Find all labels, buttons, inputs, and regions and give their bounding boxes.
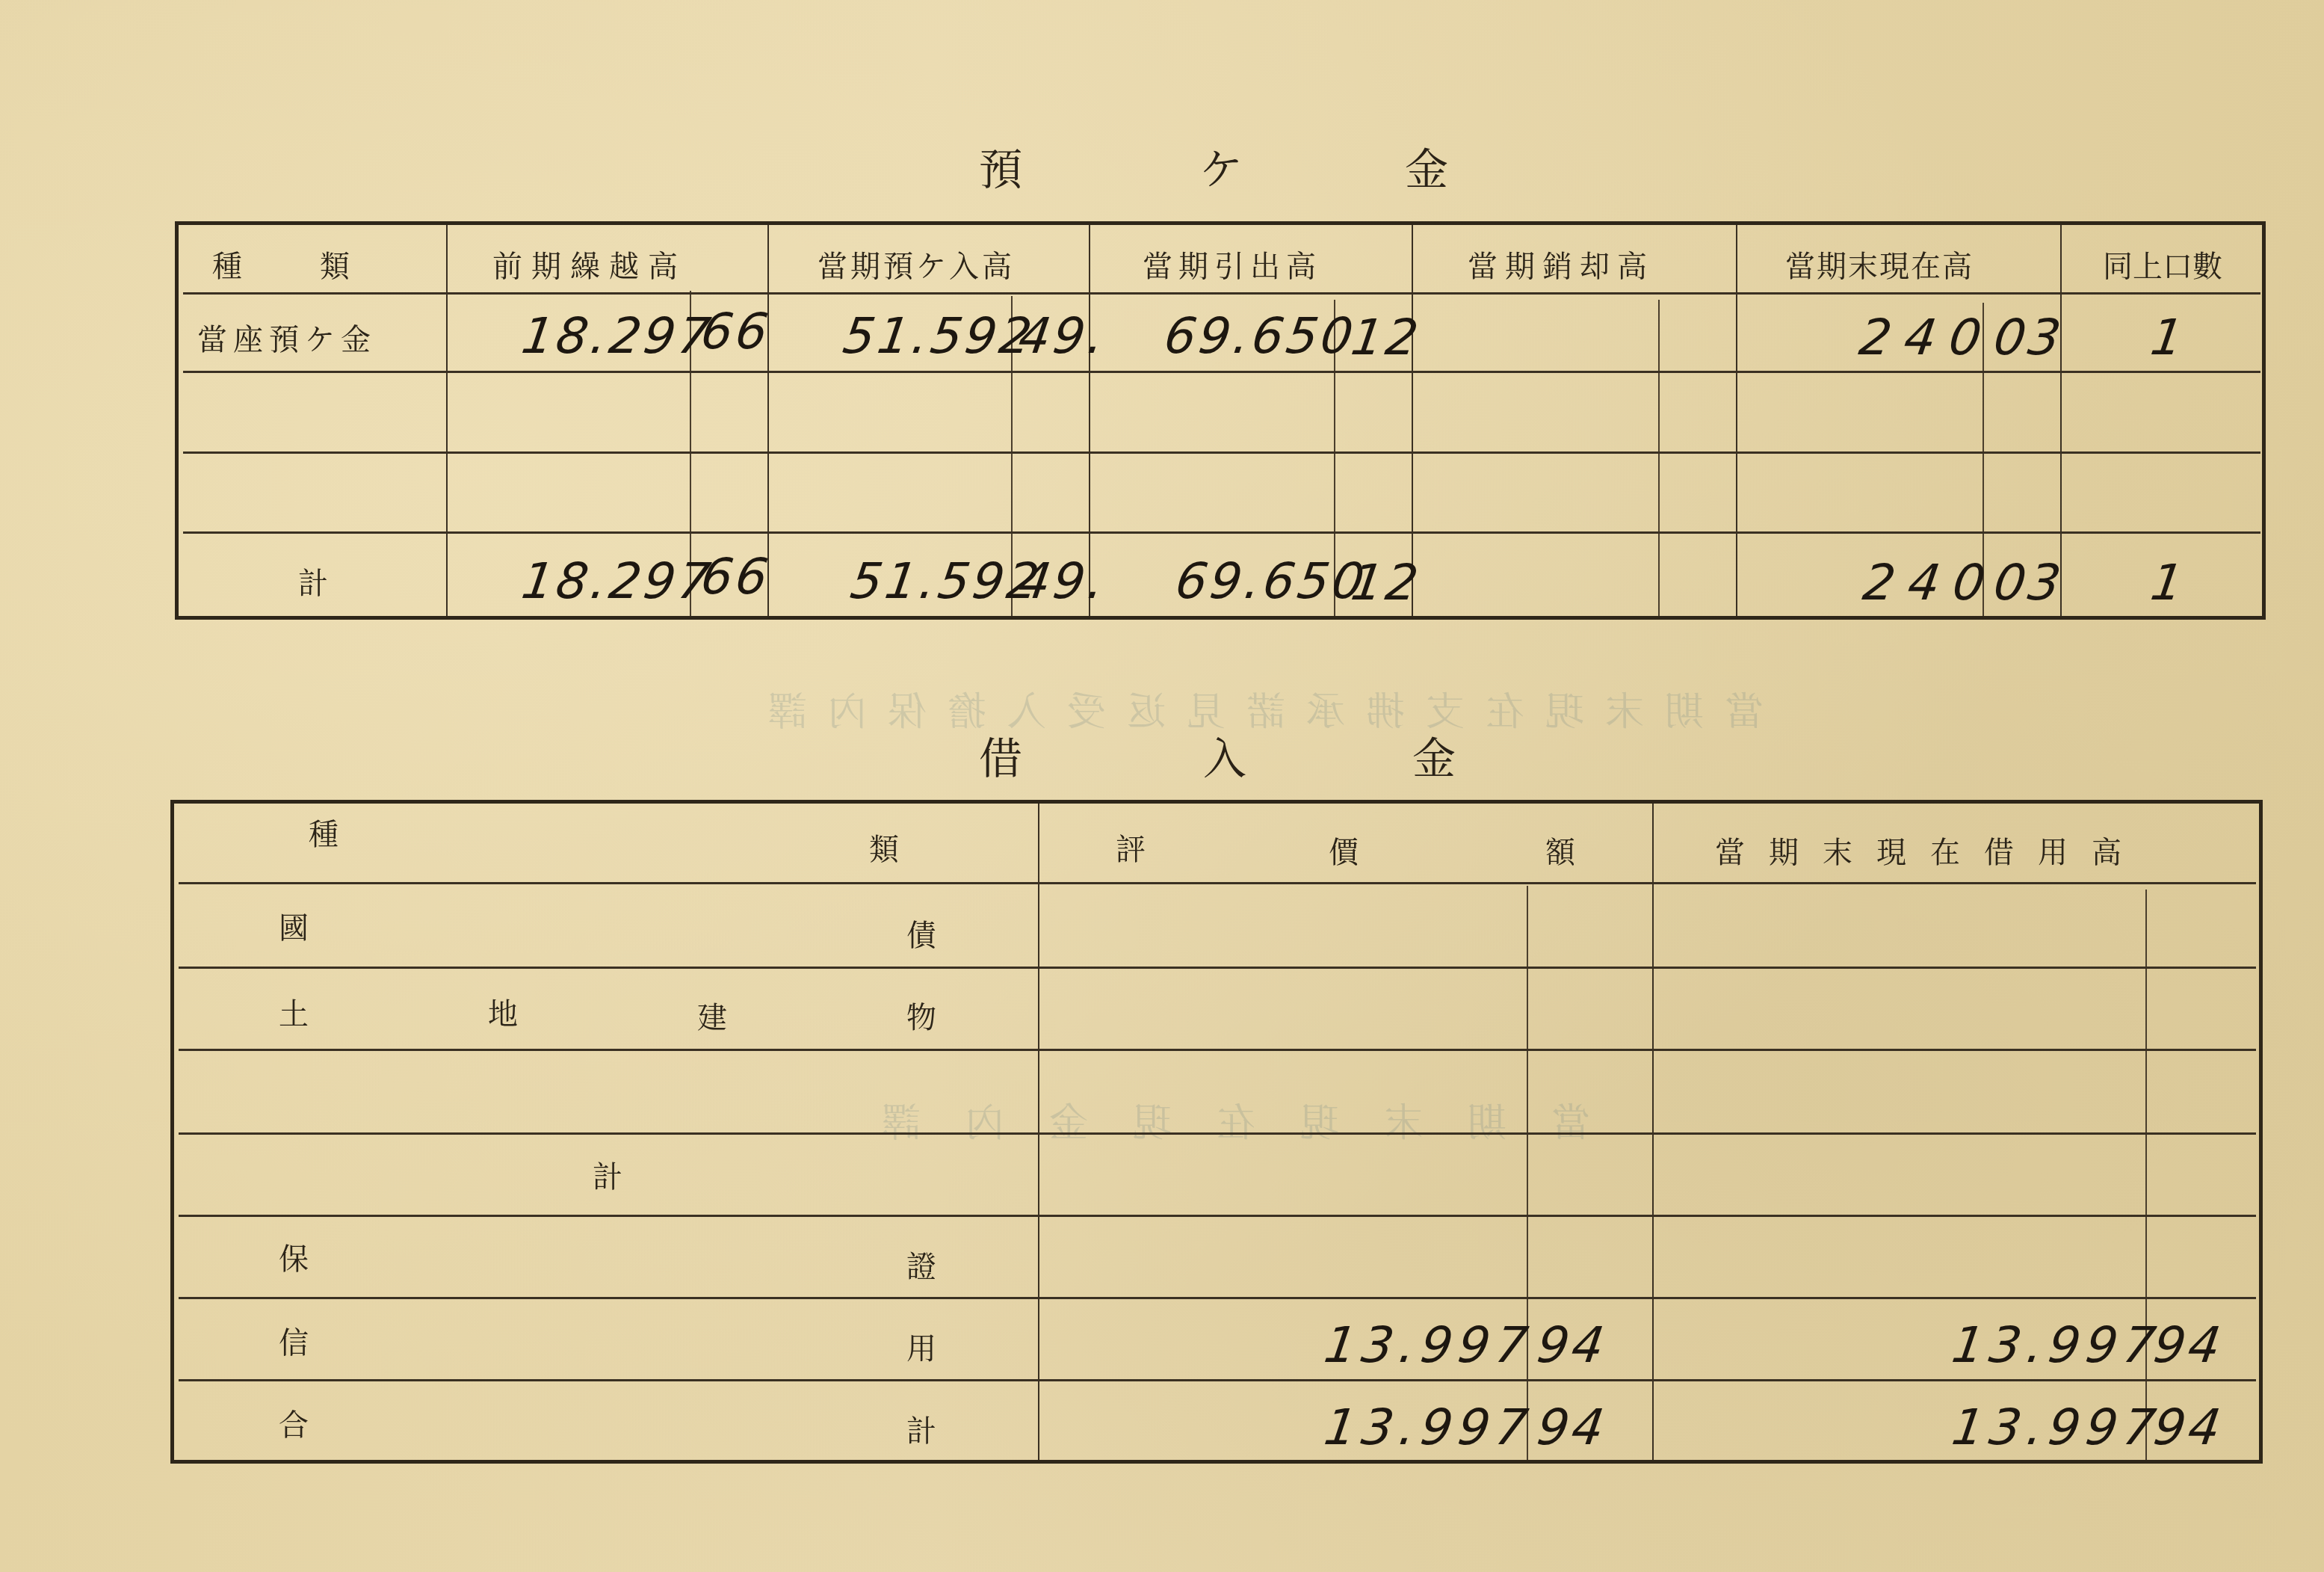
header-valuation-1: 評 [1116,826,1146,869]
withdrawn-yen: 69.650 [1161,307,1360,365]
row-land-building-char-4: 物 [906,994,936,1037]
total-valuation-sen: 94 [1534,1399,1611,1456]
header-kind-left: 種 [309,811,339,854]
total-period-end-yen: 240 [1860,554,2003,611]
header-deposited: 當期預ケ入高 [818,243,1015,286]
withdrawn-sen: 12 [1348,309,1425,366]
header-balance: 當期末現在借用高 [1715,829,2145,872]
header-written-off: 當期銷却高 [1468,243,1654,286]
total-period-end-sen: 03 [1991,554,2068,611]
deposits-table: 種 類 前期繰越高 當期預ケ入高 當期引出高 當期銷却高 當期末現在高 同上口數… [175,221,2266,620]
bleed-through-text-1: 當期末現在支拂承諾見返受入擔保內譯 [747,680,1764,736]
prev-balance-yen: 18.297 [519,307,717,365]
header-period-end-balance: 當期末現在高 [1785,243,1974,286]
accounts-count: 1 [2148,309,2190,366]
deposited-sen: 49. [1016,307,1111,365]
credit-valuation-sen: 94 [1534,1316,1611,1374]
header-valuation-3: 額 [1545,829,1575,872]
row-government-bond-char-1: 國 [279,904,309,947]
total-accounts-count: 1 [2148,554,2190,611]
borrowings-table: 種 類 評 價 額 當期末現在借用高 國 債 土 地 建 物 計 保 證 信 用… [170,800,2263,1464]
borrowings-title-char-1: 借 [979,724,1022,786]
borrowings-title-char-3: 金 [1412,724,1456,786]
period-end-sen: 03 [1991,309,2068,366]
row-government-bond-char-2: 債 [906,912,936,955]
header-valuation-2: 價 [1329,829,1359,872]
header-prev-balance: 前期繰越高 [492,243,687,286]
total-balance-sen: 94 [2151,1399,2228,1456]
prev-balance-sen: 66 [698,303,775,360]
credit-valuation-yen: 13.997 [1321,1316,1538,1374]
row-subtotal-label: 計 [593,1153,622,1196]
row-grand-total-char-2: 計 [906,1408,936,1450]
row-land-building-char-3: 建 [697,994,727,1037]
credit-balance-yen: 13.997 [1949,1316,2166,1374]
row-credit-char-1: 信 [279,1319,309,1362]
header-accounts: 同上口數 [2103,243,2222,286]
total-balance-yen: 13.997 [1949,1399,2166,1456]
row-kind: 當座預ケ金 [197,316,377,359]
deposits-title-char-3: 金 [1405,135,1448,197]
row-grand-total-char-1: 合 [279,1402,309,1444]
total-valuation-yen: 13.997 [1321,1399,1538,1456]
credit-balance-sen: 94 [2151,1316,2228,1374]
header-kind-right: 類 [869,826,899,869]
row-land-building-char-1: 土 [279,990,309,1033]
deposits-title-char-2: ケ [1199,135,1243,197]
deposits-title-char-1: 預 [979,135,1022,197]
header-kind: 種 類 [212,243,356,286]
total-withdrawn-yen: 69.650 [1172,552,1371,610]
total-withdrawn-sen: 12 [1348,554,1425,611]
row-guarantee-char-2: 證 [906,1243,936,1286]
row-land-building-char-2: 地 [488,990,518,1033]
row-guarantee-char-1: 保 [279,1236,309,1278]
header-withdrawn: 當期引出高 [1143,243,1322,286]
total-deposited-sen: 49. [1016,552,1111,610]
total-prev-balance-sen: 66 [698,548,775,605]
period-end-yen: 240 [1856,309,1999,366]
deposited-yen: 51.592 [840,307,1039,365]
borrowings-title-char-2: 入 [1203,724,1246,786]
total-label: 計 [298,560,328,602]
total-prev-balance-yen: 18.297 [519,552,717,610]
row-credit-char-2: 用 [906,1325,936,1368]
